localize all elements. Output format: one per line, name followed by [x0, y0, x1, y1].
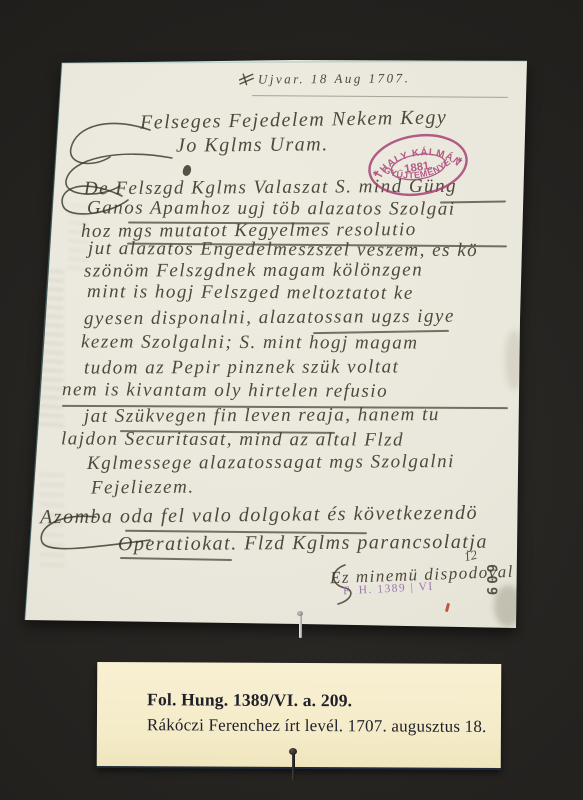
showthrough-smudge [36, 266, 64, 431]
pin-shaft [299, 614, 302, 638]
stamp-star-icon: ✱ [457, 156, 464, 165]
handwriting-line: Operatiokat. Flzd Kglms parancsolatja [118, 532, 488, 555]
handwriting-line: Ganos Apamhoz ugj töb alazatos Szolgai [87, 198, 456, 218]
collection-stamp-icon: THALY KÁLMÁN GYŰJTEMÉNYE. 1881. ✱ ✱ [362, 125, 475, 204]
dateline-cross-mark [238, 72, 257, 88]
exhibit-photo: Ujvar. 18 Aug 1707. Felseges Fejedelem N… [0, 0, 583, 800]
handwriting-line: mint is hogj Felszged meltoztatot ke [87, 282, 414, 303]
handwriting-line: Kglmessege alazatossagat mgs Szolgalni [87, 452, 455, 473]
red-pencil-tick [445, 603, 450, 612]
pin-shaft [292, 753, 295, 780]
handwriting-line: szönöm Felszgdnek magam kölönzgen [84, 260, 423, 280]
pin-head [297, 611, 303, 616]
salutation-line: Felseges Fejedelem Nekem Kegy [140, 107, 448, 132]
pin-head [289, 748, 297, 755]
handwriting-line: Azomba oda fel valo dolgokat és következ… [40, 503, 478, 528]
dateline: Ujvar. 18 Aug 1707. [258, 71, 410, 85]
ink-underline [440, 200, 506, 203]
caption-shelfmark: Fol. Hung. 1389/VI. a. 209. [147, 691, 352, 710]
paper-stain [505, 330, 523, 390]
ink-underline [120, 557, 232, 560]
page-number-stamp: 609 [483, 564, 499, 598]
dateline-rule [252, 95, 508, 98]
caption-card: Fol. Hung. 1389/VI. a. 209. Rákóczi Fere… [97, 662, 502, 768]
handwriting-line: nem is kivantam oly hirtelen refusio [62, 380, 388, 401]
ink-blot [181, 164, 192, 177]
handwriting-line: tudom az Pepir pinznek szük voltat [84, 357, 399, 377]
handwriting-line: jat Szükvegen fin leven reaja, hanem tu [84, 405, 440, 426]
salutation-line: Jo Kglms Uram. [176, 134, 329, 155]
caption-description: Rákóczi Ferenchez írt levél. 1707. augus… [147, 716, 487, 735]
handwriting-line: gyesen disponalni, alazatossan ugzs igye [84, 307, 455, 329]
handwriting-line: kezem Szolgalni; S. mint hogj magam [81, 332, 419, 352]
handwriting-line: Fejeliezem. [91, 478, 195, 498]
